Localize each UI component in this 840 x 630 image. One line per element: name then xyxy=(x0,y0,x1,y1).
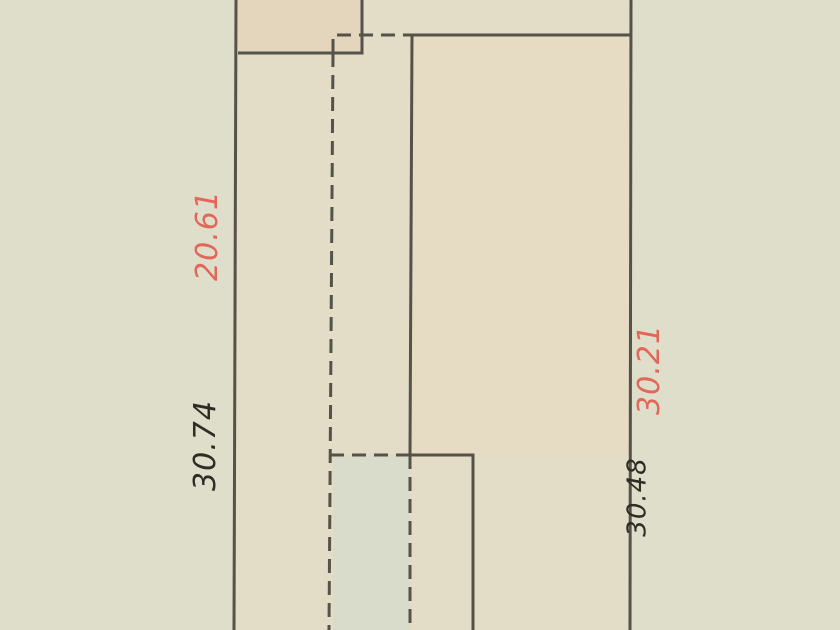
main-building-left-wall xyxy=(410,35,412,455)
top-left-structure-outline xyxy=(238,0,362,53)
lower-extension-outline xyxy=(410,455,473,630)
right-black-dimension: 30.48 xyxy=(623,457,653,536)
left-lot-boundary xyxy=(234,0,236,630)
plan-linework xyxy=(0,0,840,630)
dashed-top-connector xyxy=(333,35,412,53)
left-black-dimension: 30.74 xyxy=(188,400,223,491)
survey-plan-sheet: 20.61 30.74 30.21 30.48 xyxy=(0,0,840,630)
right-red-dimension: 30.21 xyxy=(632,324,667,415)
dashed-easement-left xyxy=(329,53,333,630)
left-red-dimension: 20.61 xyxy=(190,190,225,281)
